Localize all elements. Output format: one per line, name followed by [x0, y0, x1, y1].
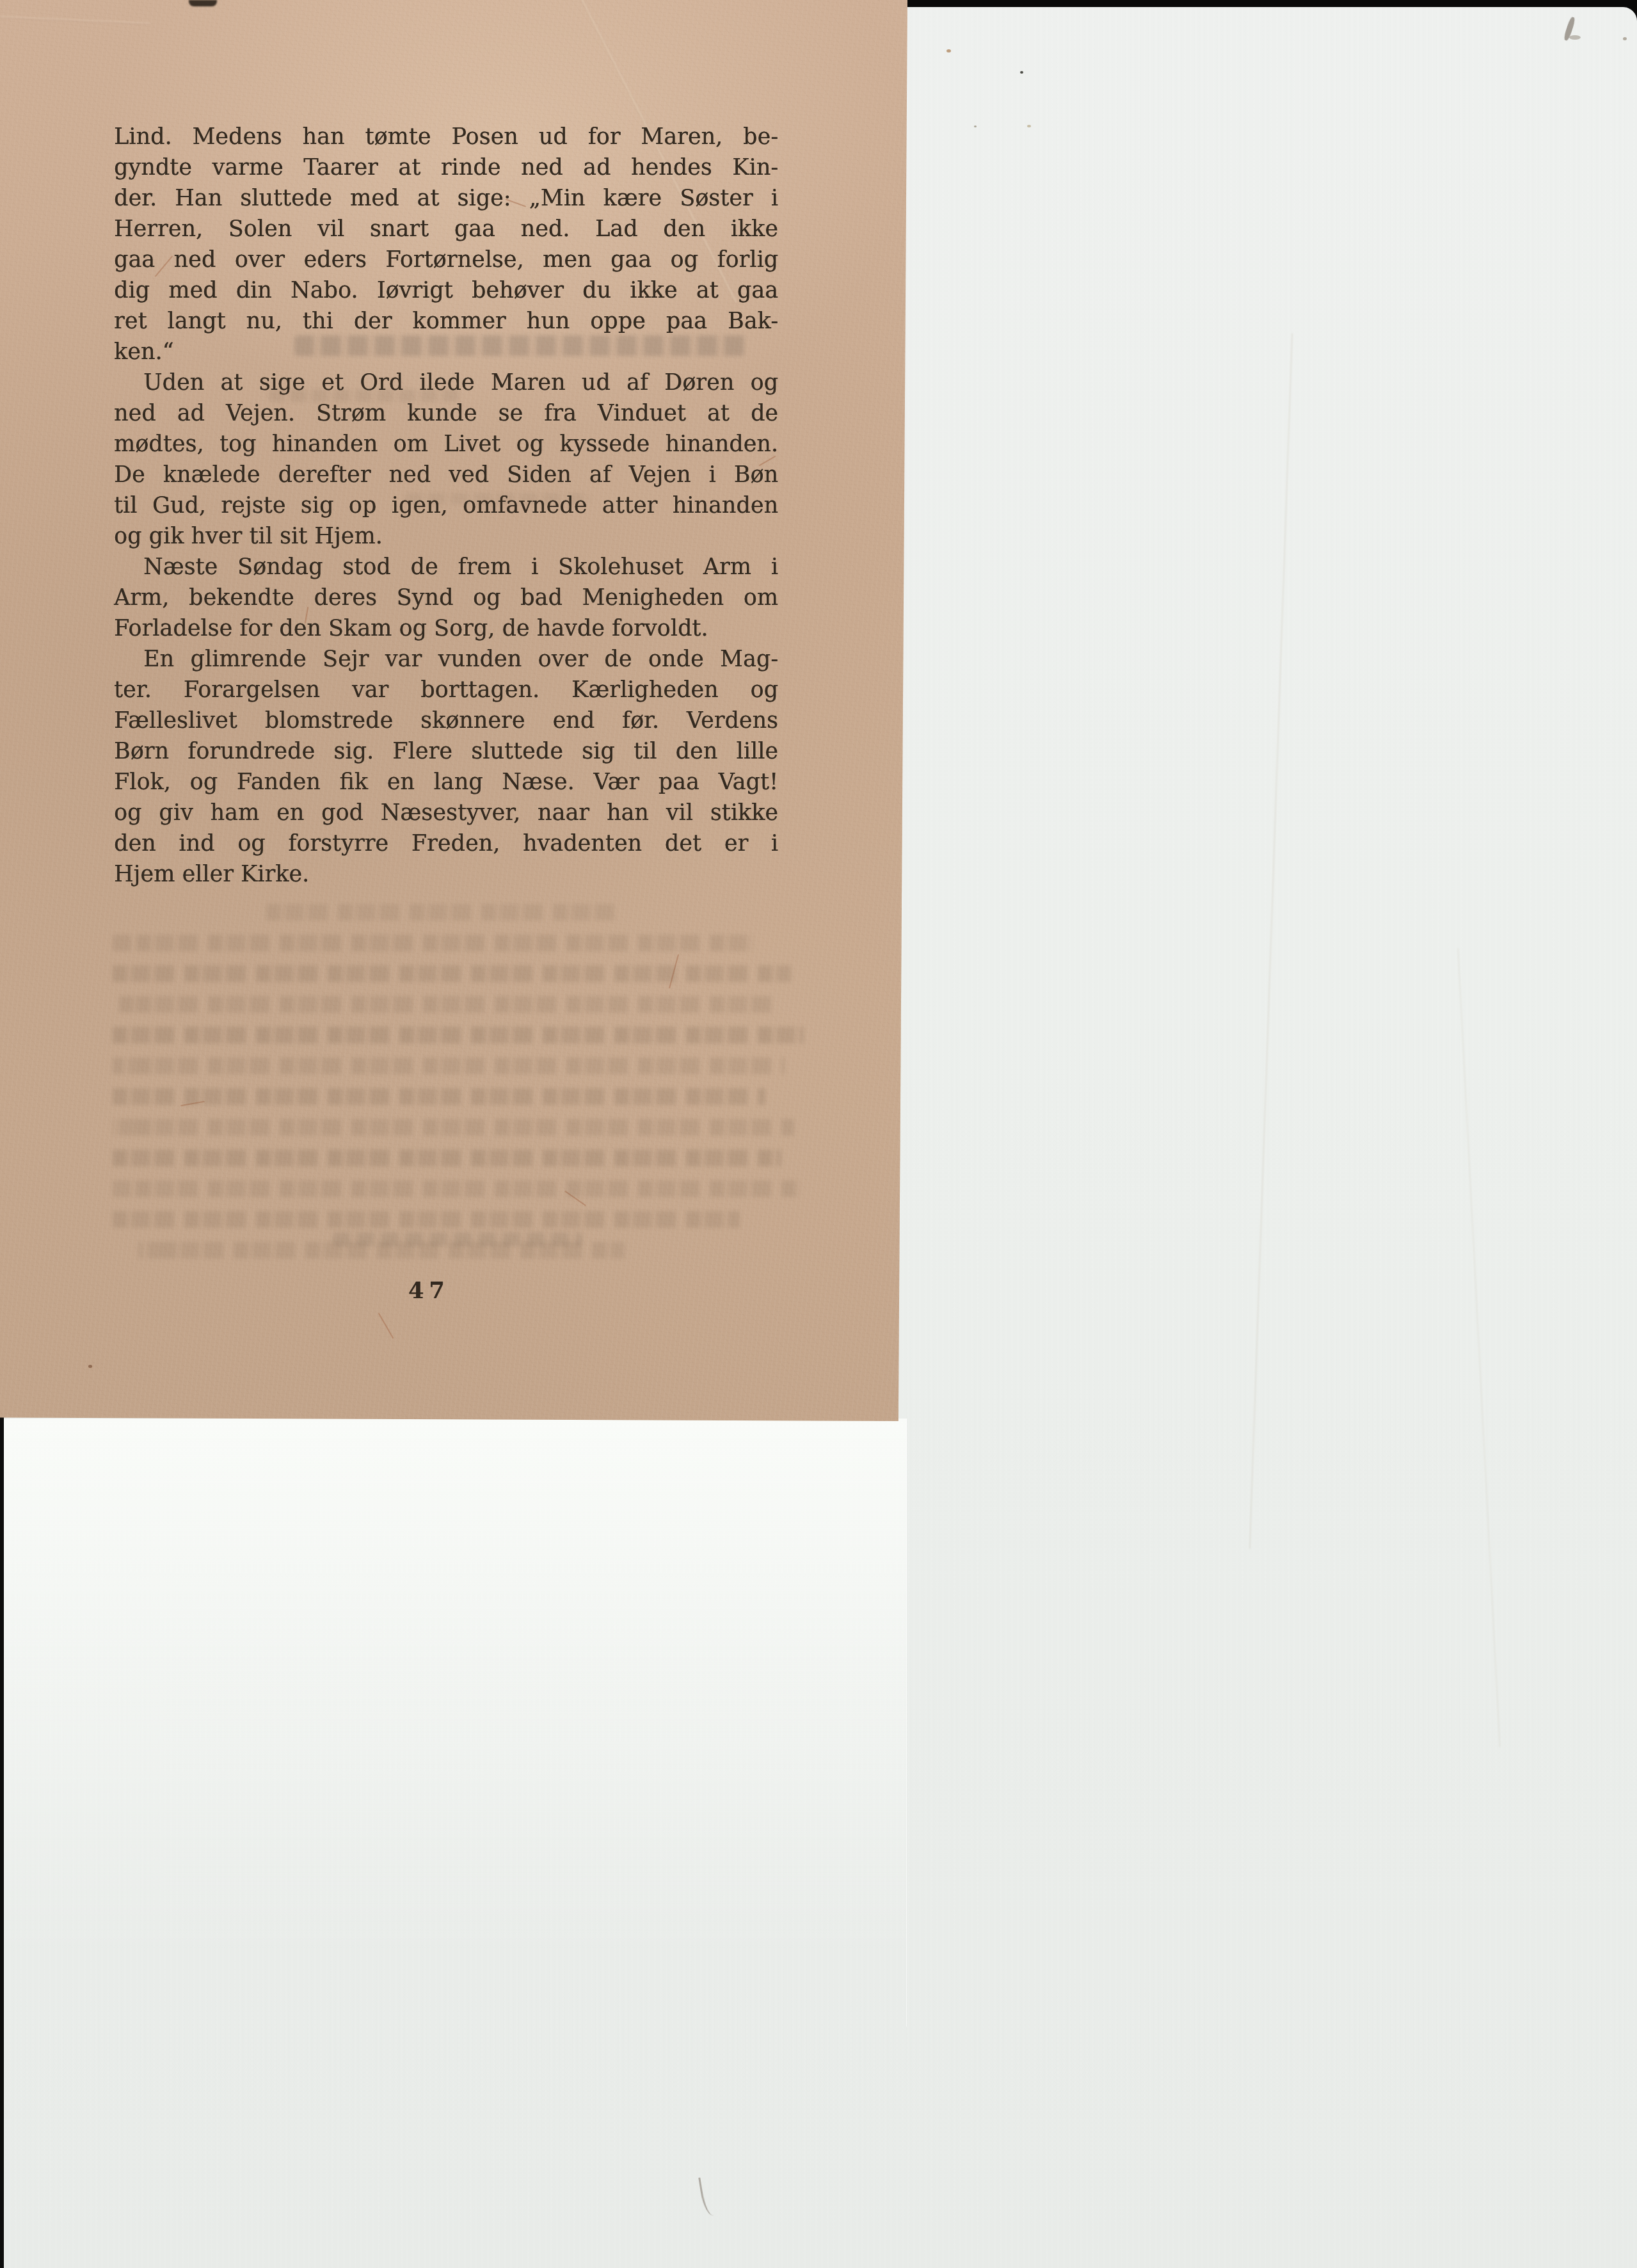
scanner-edge-left: [0, 1417, 4, 2268]
page-crease: [0, 16, 150, 25]
paper-fiber: [378, 1313, 394, 1339]
debris-speck: [946, 49, 951, 52]
show-through-smudge: [405, 493, 591, 504]
show-through-smudge: [294, 335, 746, 356]
text-line: den ind og forstyrre Freden, hvadenten d…: [114, 828, 778, 859]
text-line: der. Han sluttede med at sige: „Min kære…: [114, 183, 778, 214]
show-through-line: [113, 1119, 794, 1136]
show-through-smudge: [269, 389, 461, 402]
show-through-line: [113, 1150, 781, 1166]
text-line: Forladelse for den Skam og Sorg, de havd…: [114, 613, 778, 644]
show-through-line: [113, 1058, 785, 1074]
text-line: Arm, bekendte deres Synd og bad Menighed…: [114, 583, 778, 613]
page-edge-smudge: [189, 0, 217, 6]
text-line: Herren, Solen vil snart gaa ned. Lad den…: [114, 214, 778, 245]
show-through-line: [113, 935, 753, 951]
text-line: De knælede derefter ned ved Siden af Vej…: [114, 460, 778, 490]
show-through-line: [138, 1242, 625, 1259]
show-through-text-block: [113, 904, 811, 1273]
debris-speck: [1623, 37, 1627, 40]
show-through-line: [113, 1180, 801, 1197]
text-line: og giv ham en god Næsestyver, naar han v…: [114, 798, 778, 828]
text-line: En glimrende Sejr var vunden over de ond…: [114, 644, 778, 675]
show-through-line: [113, 996, 775, 1013]
text-line: Hjem eller Kirke.: [114, 859, 778, 890]
scuff-mark: [1569, 35, 1581, 40]
text-line: Næste Søndag stod de frem i Skolehuset A…: [114, 552, 778, 583]
text-line: Børn forundrede sig. Flere sluttede sig …: [114, 736, 778, 767]
backing-sheet-bright-area: [3, 1419, 907, 2027]
text-line: Fælleslivet blomstrede skønnere end før.…: [114, 705, 778, 736]
text-line: ter. Forargelsen var borttagen. Kærlighe…: [114, 675, 778, 705]
debris-speck: [1027, 125, 1031, 127]
text-line: Lind. Medens han tømte Posen ud for Mare…: [114, 122, 778, 152]
show-through-line: [113, 965, 791, 982]
text-line: og gik hver til sit Hjem.: [114, 521, 778, 552]
text-line: gyndte varme Taarer at rinde ned ad hend…: [114, 152, 778, 183]
text-line: mødtes, tog hinanden om Livet og kyssede…: [114, 429, 778, 460]
show-through-line: [113, 1088, 765, 1105]
page-text-block: Lind. Medens han tømte Posen ud for Mare…: [114, 122, 778, 890]
show-through-line: [113, 1027, 804, 1043]
text-line: ned ad Vejen. Strøm kunde se fra Vinduet…: [114, 398, 778, 429]
paper-speck: [88, 1365, 92, 1368]
show-through-line: [266, 904, 625, 921]
text-line: gaa ned over eders Fortørnelse, men gaa …: [114, 245, 778, 275]
text-line: ret langt nu, thi der kommer hun oppe pa…: [114, 306, 778, 337]
scanned-book-page: Lind. Medens han tømte Posen ud for Mare…: [0, 0, 907, 1421]
page-number: 47: [408, 1278, 450, 1304]
debris-speck: [1020, 71, 1023, 74]
text-line: Flok, og Fanden fik en lang Næse. Vær pa…: [114, 767, 778, 798]
show-through-line: [113, 1211, 740, 1228]
text-line: dig med din Nabo. Iøvrigt behøver du ikk…: [114, 275, 778, 306]
scanner-bed: Lind. Medens han tømte Posen ud for Mare…: [0, 0, 1637, 2268]
debris-speck: [974, 125, 977, 127]
